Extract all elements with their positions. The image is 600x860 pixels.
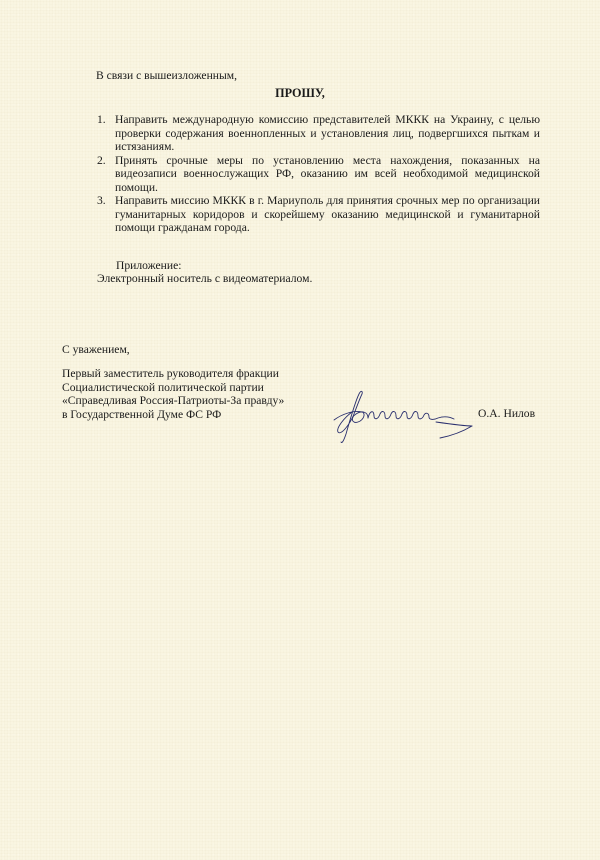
letter-page: В связи с вышеизложенным, ПРОШУ, 1. Напр… <box>0 0 600 860</box>
request-list: 1. Направить международную комиссию пред… <box>97 113 540 235</box>
attachment-label: Приложение: <box>116 259 181 273</box>
request-text: Принять срочные меры по установлению мес… <box>115 154 540 195</box>
signer-position: Первый заместитель руководителя фракции … <box>62 367 284 421</box>
request-number: 3. <box>97 194 106 208</box>
request-heading: ПРОШУ, <box>0 87 600 101</box>
request-number: 2. <box>97 154 106 168</box>
intro-line: В связи с вышеизложенным, <box>96 69 237 83</box>
request-text: Направить миссию МККК в г. Мариуполь для… <box>115 194 540 235</box>
request-item-1: 1. Направить международную комиссию пред… <box>97 113 540 154</box>
position-line: Первый заместитель руководителя фракции <box>62 367 284 381</box>
position-line: в Государственной Думе ФС РФ <box>62 408 284 422</box>
signature-icon <box>332 384 502 448</box>
closing-line: С уважением, <box>62 343 130 357</box>
request-item-2: 2. Принять срочные меры по установлению … <box>97 154 540 195</box>
position-line: Социалистической политической партии <box>62 381 284 395</box>
signer-name: О.А. Нилов <box>478 407 535 421</box>
request-text: Направить международную комиссию предста… <box>115 113 540 154</box>
attachment-value: Электронный носитель с видеоматериалом. <box>97 272 312 286</box>
request-item-3: 3. Направить миссию МККК в г. Мариуполь … <box>97 194 540 235</box>
position-line: «Справедливая Россия-Патриоты-За правду» <box>62 394 284 408</box>
request-number: 1. <box>97 113 106 127</box>
